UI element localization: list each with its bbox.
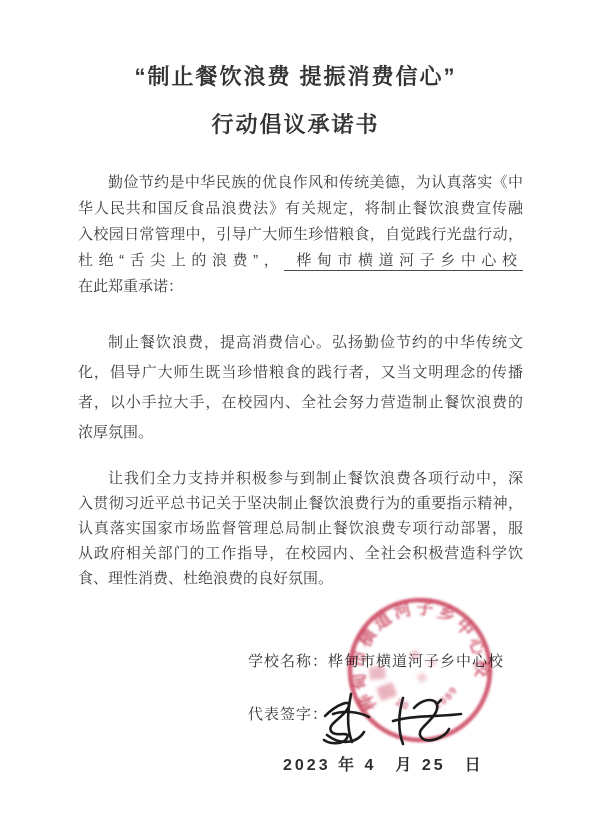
svg-text:2089: 2089	[430, 682, 465, 712]
scanned-pledge-document: “制止餐饮浪费 提振消费信心” 行动倡议承诺书 勤俭节约是中华民族的优良作风和传…	[0, 0, 591, 832]
paragraph-1-line: 入校园日常管理中，引导广大师生珍惜粮食，自觉践行光盘行动，	[78, 222, 523, 248]
handwritten-signature	[315, 686, 470, 750]
paragraph-3-line: 食、理性消费、杜绝浪费的良好氛围。	[78, 566, 523, 591]
paragraph-1-line: 勤俭节约是中华民族的优良作风和传统美德，为认真落实《中	[78, 170, 523, 196]
paragraph-2-line: 者，以小手拉大手，在校园内、全社会努力营造制止餐饮浪费的	[78, 388, 523, 418]
document-title-line1: “制止餐饮浪费 提振消费信心”	[0, 60, 591, 91]
seal-code-right: 2089	[430, 682, 465, 712]
paragraph-3: 让我们全力支持并积极参与到制止餐饮浪费各项行动中，深 入贯彻习近平总书记关于坚决…	[78, 466, 523, 591]
paragraph-1-line-with-blank: 杜绝“舌尖上的浪费”，桦甸市横道河子乡中心校	[78, 248, 523, 274]
paragraph-2-line: 浓厚氛围。	[78, 418, 523, 448]
school-name-value: 桦甸市横道河子乡中心校	[328, 653, 504, 670]
paragraph-3-line: 让我们全力支持并积极参与到制止餐饮浪费各项行动中，深	[78, 466, 523, 491]
paragraph-3-line: 认真落实国家市场监督管理总局制止餐饮浪费专项行动部署，服	[78, 516, 523, 541]
school-name-fill-in-blank: 桦甸市横道河子乡中心校	[284, 252, 523, 271]
svg-text:20: 20	[392, 695, 414, 717]
paragraph-1-line: 在此郑重承诺：	[78, 274, 523, 300]
paragraph-2-line: 制止餐饮浪费，提高消费信心。弘扬勤俭节约的中华传统文	[78, 328, 523, 358]
line-prefix-text: 杜绝“舌尖上的浪费”，	[78, 252, 284, 269]
school-name-label: 学校名称：	[248, 653, 328, 670]
document-title-line2: 行动倡议承诺书	[0, 108, 591, 139]
representative-signature-line: 代表签字：	[248, 703, 328, 724]
signature-label: 代表签字：	[248, 706, 328, 723]
school-name-line: 学校名称：桦甸市横道河子乡中心校	[248, 650, 504, 671]
paragraph-3-line: 从政府相关部门的工作指导，在校园内、全社会积极营造科学饮	[78, 541, 523, 566]
paragraph-2: 制止餐饮浪费，提高消费信心。弘扬勤俭节约的中华传统文 化，倡导广大师生既当珍惜粮…	[78, 328, 523, 448]
paragraph-3-line: 入贯彻习近平总书记关于坚决制止餐饮浪费行为的重要指示精神，	[78, 491, 523, 516]
paragraph-2-line: 化，倡导广大师生既当珍惜粮食的践行者，又当文明理念的传播	[78, 358, 523, 388]
paragraph-1: 勤俭节约是中华民族的优良作风和传统美德，为认真落实《中 华人民共和国反食品浪费法…	[78, 170, 523, 300]
date-line: 2023 年 4 月 25 日	[283, 752, 484, 775]
seal-code-left: 20	[392, 695, 414, 717]
paragraph-1-line: 华人民共和国反食品浪费法》有关规定，将制止餐饮浪费宣传融	[78, 196, 523, 222]
